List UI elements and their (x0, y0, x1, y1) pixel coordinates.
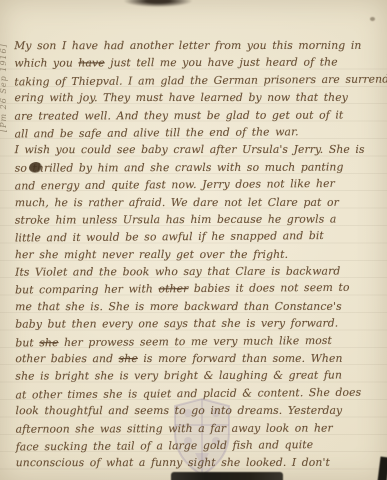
letter-line: all and be safe and alive till the end o… (15, 123, 383, 143)
top-edge-smudge (124, 0, 192, 7)
letter-line: little and it would be so awful if he sn… (15, 227, 383, 247)
letter-body: My son I have had another letter from yo… (14, 36, 384, 472)
letter-line: look thoughtful and seems to go into dre… (16, 402, 384, 420)
letter-line: me that she is. She is more backward tha… (15, 298, 383, 316)
letter-line: but comparing her with other babies it d… (15, 279, 383, 299)
letter-line: but she her prowess seem to me very much… (15, 331, 383, 351)
letter-line: much, he is rather afraid. We dare not l… (15, 193, 383, 211)
letter-line: and energy and quite fast now. Jerry doe… (15, 175, 383, 195)
letter-line: other babies and she is more forward tha… (15, 350, 383, 368)
letter-line: so thrilled by him and she crawls with s… (15, 158, 383, 177)
letter-line: I wish you could see baby crawl after Ur… (15, 141, 383, 159)
archival-date-note: [Pm 26 Sep 1916] (0, 36, 8, 132)
ink-speck (370, 17, 375, 21)
letter-line: baby but then every one says that she is… (15, 315, 383, 334)
letter-line: ering with joy. They must have learned b… (14, 89, 382, 107)
letter-line: afternoon she was sitting with a far awa… (16, 419, 384, 438)
next-page-edge (171, 472, 283, 480)
letter-line: taking of Thiepval. I am glad the German… (14, 70, 382, 90)
letter-line: My son I have had another letter from yo… (14, 37, 382, 55)
letter-line: face sucking the tail of a large gold fi… (16, 436, 384, 456)
scanned-letter-page: [Pm 26 Sep 1916] My son I have had anoth… (0, 0, 387, 480)
letter-line: she is bright she is very bright & laugh… (15, 367, 383, 386)
letter-line: unconscious of what a funny sight she lo… (16, 454, 384, 472)
ink-blot (29, 162, 42, 173)
letter-line: her she might never really get over the … (15, 246, 383, 264)
letter-line: which you have just tell me you have jus… (14, 54, 382, 73)
letter-line: are treated well. And they must be glad … (14, 106, 382, 125)
letter-line: at other times she is quiet and placid &… (15, 383, 383, 403)
